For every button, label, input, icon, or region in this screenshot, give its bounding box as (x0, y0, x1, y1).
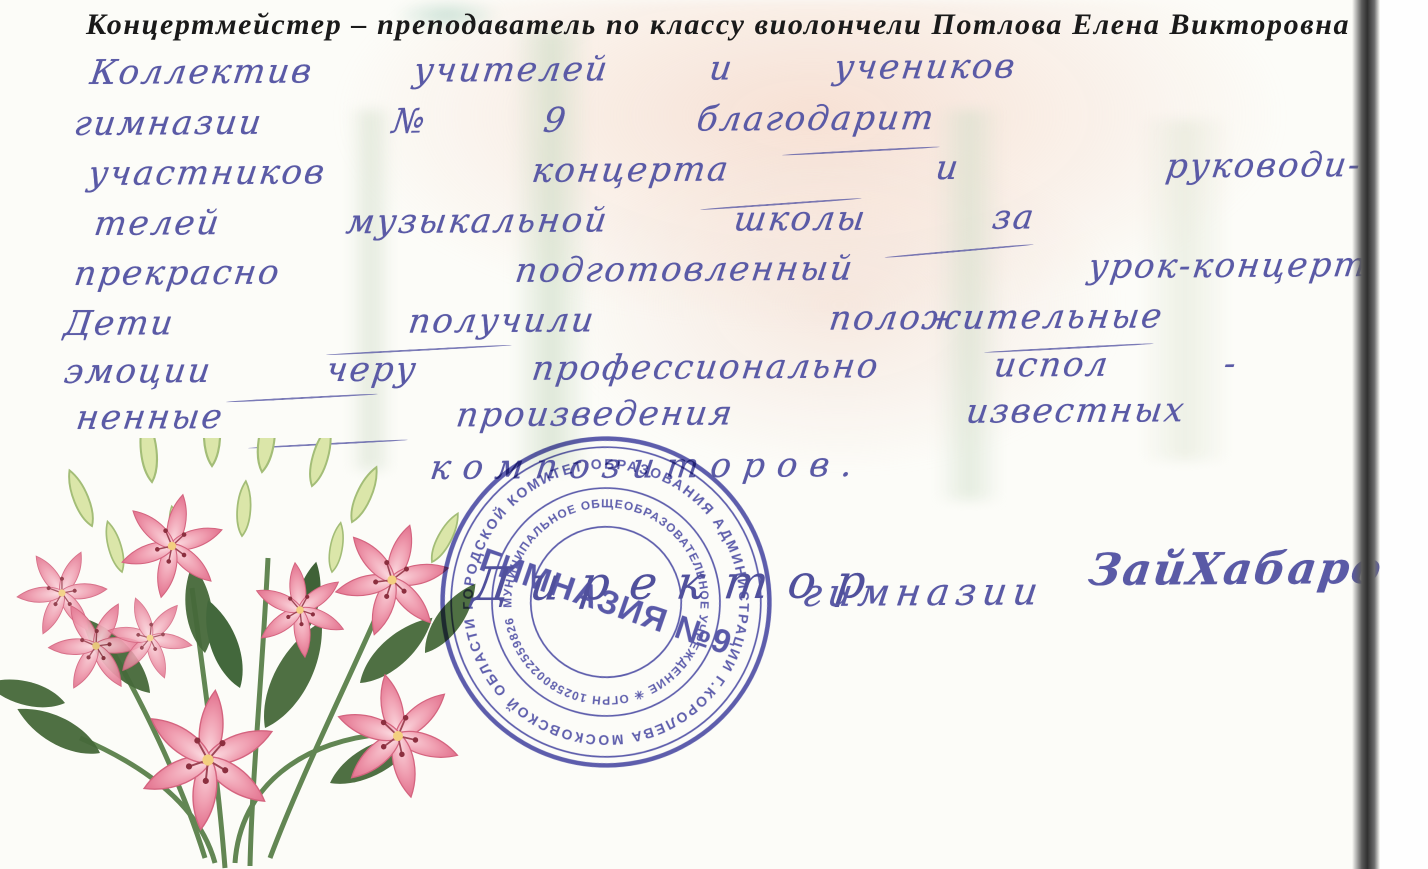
handwritten-line: Дети получили положительные (62, 299, 1166, 342)
handwritten-line: прекрасно подготовленный урок-концерт (72, 248, 1370, 293)
handwritten-line: телей музыкальной школы за (92, 200, 1038, 242)
handwritten-line: участников концерта и руководи- (86, 148, 1364, 193)
handwritten-line: гимназии №9 благодарит (72, 101, 938, 143)
flower-bouquet-image (0, 438, 480, 869)
scan-right-margin (1380, 0, 1428, 869)
scan-edge-artifact (1352, 0, 1380, 869)
printed-caption: Концертмейстер – преподаватель по классу… (86, 8, 1386, 42)
handwritten-line: Коллектив учителей и учеников (88, 50, 1019, 92)
signature-org-word: гимназии (800, 572, 1046, 614)
handwritten-line: эмоции черу профессионально испол - (62, 347, 1240, 391)
